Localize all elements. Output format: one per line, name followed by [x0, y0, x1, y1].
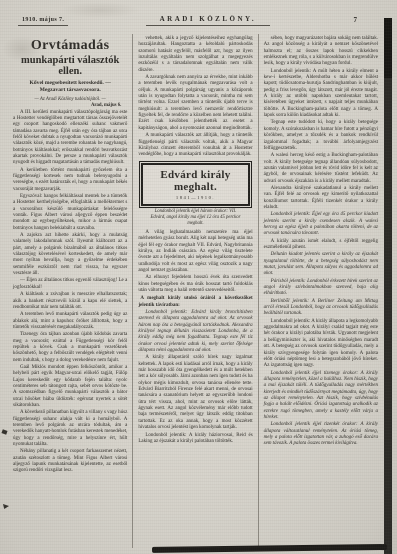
masthead: ARADI KÖZLÖNY.	[146, 15, 271, 26]
paragraph: Alexandra királyné szakadatlanul a királ…	[264, 186, 378, 211]
article-byline: — Az Aradi Közlöny tudósítójától. —	[13, 97, 127, 102]
paragraph: vehettek, akik a jegyző kijelentéseihez …	[138, 36, 252, 74]
paragraph: Londonból jelentik: A király háziorvosai…	[138, 433, 252, 446]
paragraph: A világ leghatalmasabb nemzetére ma éjje…	[138, 230, 252, 274]
paragraph: A walesi herceg késő estig a Buckingham-…	[264, 153, 378, 185]
paragraph: Egyszóval: hangos felkiáltással mentek b…	[13, 194, 127, 232]
paragraph: A király állapotáról szóló hírek nagy iz…	[138, 355, 252, 431]
paragraph: — Éljen az általános titkos egyenlő vála…	[13, 278, 127, 291]
article-headline-line1: Orvtámadás	[13, 38, 127, 54]
paragraph: Tizenegy óra tájban azonban újabb kődobá…	[13, 332, 127, 364]
obituary-years: 1841—1910.	[145, 195, 245, 200]
paragraph: A következő pillanatban kigyúlt a villan…	[13, 410, 127, 448]
paragraph: A kiáltások a zsivajban is messzire elha…	[13, 292, 127, 311]
page-number: 7	[348, 16, 364, 26]
newspaper-page: 1910. május 7. ARADI KÖZLÖNY. 7 Orvtámad…	[0, 0, 397, 554]
column-left: Orvtámadás munkapárti választók ellen. K…	[8, 34, 132, 548]
paragraph: Londonból jelentik: A király állapota a …	[264, 319, 378, 370]
article-body-left: A III. kerületi munkapárti választópolgá…	[13, 110, 127, 475]
paragraph: A III. kerületi munkapárti választópolgá…	[13, 110, 127, 167]
column-right: sében, hogy magyarázatot bajára sokáig n…	[258, 34, 383, 548]
paragraph: A kerületben történt munkapárti győzelem…	[13, 168, 127, 193]
paragraph: Londonból jelentik: A múlt héten a királ…	[264, 69, 378, 120]
paragraph: Londonból jelentik éjjel tizenegy órakor…	[264, 371, 378, 422]
paragraph: A zajokra azt hihette akárki, hogy a mul…	[13, 233, 127, 277]
article-headline-line2: munkapárti választók ellen.	[13, 55, 127, 77]
article-subhead: Kővel megsebesített kereskedő. — Megzava…	[17, 80, 123, 95]
paragraph: Tegnap este tudódott ki, hogy a király b…	[264, 120, 378, 152]
paragraph: A király azután ismét elaludt, s éjféltő…	[264, 239, 378, 252]
column-middle: vehettek, akik a jegyző kijelentéseihez …	[132, 34, 257, 548]
paragraph: Londonból jelentik: Edvárd király bronch…	[138, 310, 252, 354]
paragraph: Londonból jelentik: Éjjel egy óra 45 per…	[264, 212, 378, 237]
obituary-title: Edvárd király meghalt.	[145, 169, 245, 193]
column-layout: Orvtámadás munkapárti választók ellen. K…	[8, 34, 383, 548]
article-continuation: vehettek, akik a jegyző kijelentéseihez …	[138, 36, 252, 159]
paragraph: Az elhunyt fejedelem hosszú évek óta sze…	[138, 275, 252, 294]
scan-edge-shadow-dark	[384, 18, 392, 78]
paragraph: A zavargóknak nem annyira az érvekbe, mi…	[138, 75, 252, 132]
page-header: 1910. május 7. ARADI KÖZLÖNY. 7	[18, 15, 363, 26]
paragraph: Délután kiadott jelentés szerint a királ…	[264, 252, 378, 277]
paragraph: A teremben levő munkapárti választók ped…	[13, 312, 127, 331]
paragraph: Néhány pillanatig a két csoport farkassz…	[13, 449, 127, 474]
article-dateline: Arad, május 6.	[13, 103, 121, 108]
paragraph: sében, hogy magyarázatot bajára sokáig n…	[264, 36, 378, 68]
paragraph: A meghalt király utolsó óráiról a követk…	[138, 296, 252, 309]
obituary-body-continued: sében, hogy magyarázatot bajára sokáig n…	[264, 36, 378, 448]
paragraph: Londonból jelentik éjjel tizenkét órakor…	[264, 422, 378, 447]
obituary-headline-box: Edvárd király meghalt. 1841—1910.	[141, 163, 249, 206]
obituary-body: A világ leghatalmasabb nemzetére ma éjje…	[138, 230, 252, 445]
paragraph: Párisból jelentik: Londonból érkezett hí…	[264, 279, 378, 298]
paragraph: A munkapárti választók azt állítják, hog…	[138, 133, 252, 158]
paragraph: Gaál Miklós mondott éppen felköszöntőt, …	[13, 365, 127, 409]
obituary-lead-telegram: Londonból jelentik éjjel három órakor: V…	[150, 209, 241, 227]
page-content: 1910. május 7. ARADI KÖZLÖNY. 7 Orvtámad…	[0, 0, 397, 554]
paragraph: Berlinből jelentik: A Berliner Zeitung a…	[264, 299, 378, 318]
header-date: 1910. május 7.	[18, 17, 68, 26]
scan-edge-shadow	[384, 18, 392, 554]
